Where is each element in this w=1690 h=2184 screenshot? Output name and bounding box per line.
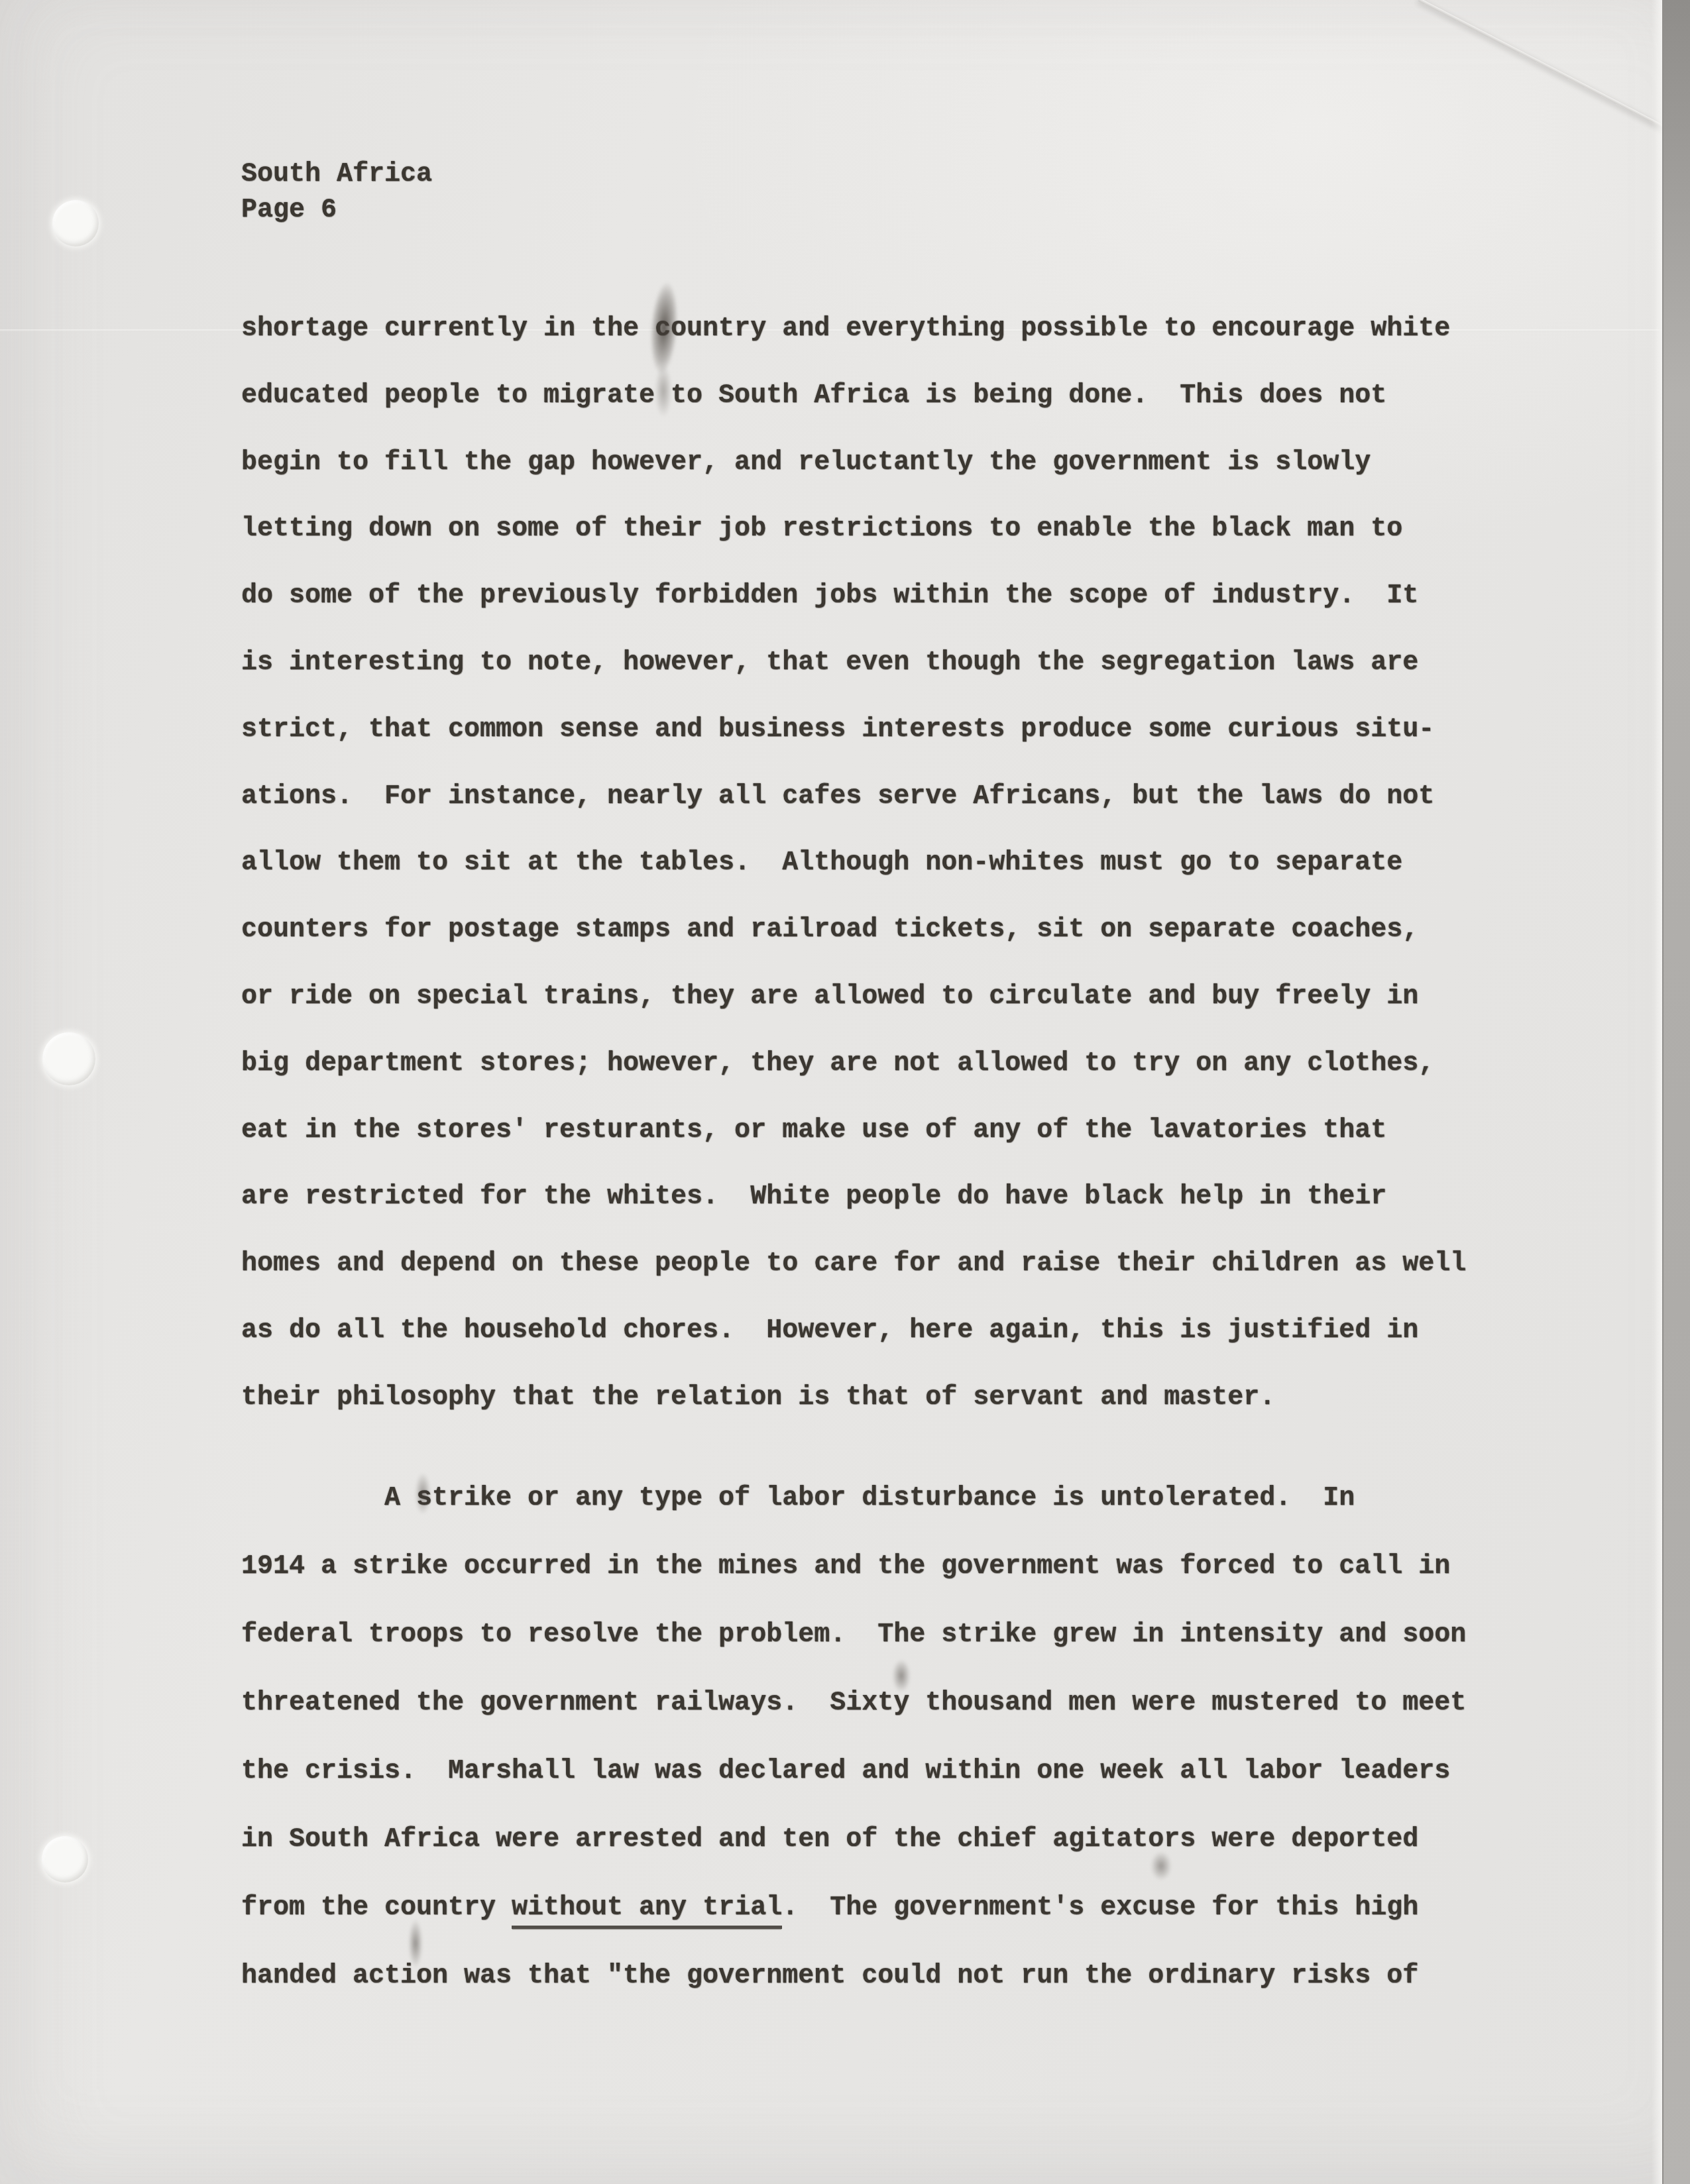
text-line-underlined: from the country without any trial. The …: [241, 1874, 1466, 1942]
ink-smudge: [655, 364, 672, 417]
scan-edge-shadow: [1662, 0, 1690, 2184]
text-line: threatened the government railways. Sixt…: [241, 1669, 1466, 1737]
underlined-phrase: without any trial: [512, 1893, 782, 1929]
text-line: homes and depend on these people to care…: [241, 1231, 1466, 1298]
text-line: strict, that common sense and business i…: [241, 697, 1466, 764]
text-line: are restricted for the whites. White peo…: [241, 1164, 1466, 1231]
text-segment: from the country: [241, 1893, 512, 1923]
text-line: educated people to migrate to South Afri…: [241, 363, 1466, 430]
text-line: ations. For instance, nearly all cafes s…: [241, 764, 1466, 831]
punch-hole: [42, 1836, 88, 1883]
page-header: South Africa Page 6: [241, 157, 432, 229]
text-segment: . The government's excuse for this high: [782, 1893, 1418, 1923]
text-line: handed action was that "the government c…: [241, 1942, 1466, 2010]
punch-hole: [42, 1032, 95, 1085]
ink-smudge: [892, 1659, 911, 1692]
text-line: their philosophy that the relation is th…: [241, 1365, 1466, 1432]
text-line: counters for postage stamps and railroad…: [241, 897, 1466, 964]
text-line: eat in the stores' resturants, or make u…: [241, 1098, 1466, 1165]
text-line: 1914 a strike occurred in the mines and …: [241, 1533, 1466, 1601]
text-line: as do all the household chores. However,…: [241, 1298, 1466, 1365]
text-line: allow them to sit at the tables. Althoug…: [241, 830, 1466, 897]
paragraph-2: A strike or any type of labor disturbanc…: [241, 1464, 1466, 2010]
doc-title: South Africa: [241, 157, 432, 193]
ink-smudge: [1151, 1851, 1172, 1881]
text-line: in South Africa were arrested and ten of…: [241, 1806, 1466, 1874]
text-line: do some of the previously forbidden jobs…: [241, 563, 1466, 630]
corner-crease: [1418, 0, 1690, 144]
text-line: shortage currently in the country and ev…: [241, 296, 1466, 363]
text-line: begin to fill the gap however, and reluc…: [241, 430, 1466, 497]
text-line: the crisis. Marshall law was declared an…: [241, 1737, 1466, 1806]
text-line: federal troops to resolve the problem. T…: [241, 1601, 1466, 1669]
text-line: big department stores; however, they are…: [241, 1031, 1466, 1098]
text-line: is interesting to note, however, that ev…: [241, 630, 1466, 697]
text-line: or ride on special trains, they are allo…: [241, 964, 1466, 1031]
ink-smudge: [408, 1919, 423, 1968]
paragraph-1: shortage currently in the country and ev…: [241, 296, 1466, 1432]
punch-hole: [52, 200, 99, 246]
document-page: South Africa Page 6 shortage currently i…: [0, 0, 1690, 2184]
text-line: letting down on some of their job restri…: [241, 496, 1466, 563]
page-number: Page 6: [241, 193, 432, 229]
ink-smudge: [415, 1472, 431, 1515]
